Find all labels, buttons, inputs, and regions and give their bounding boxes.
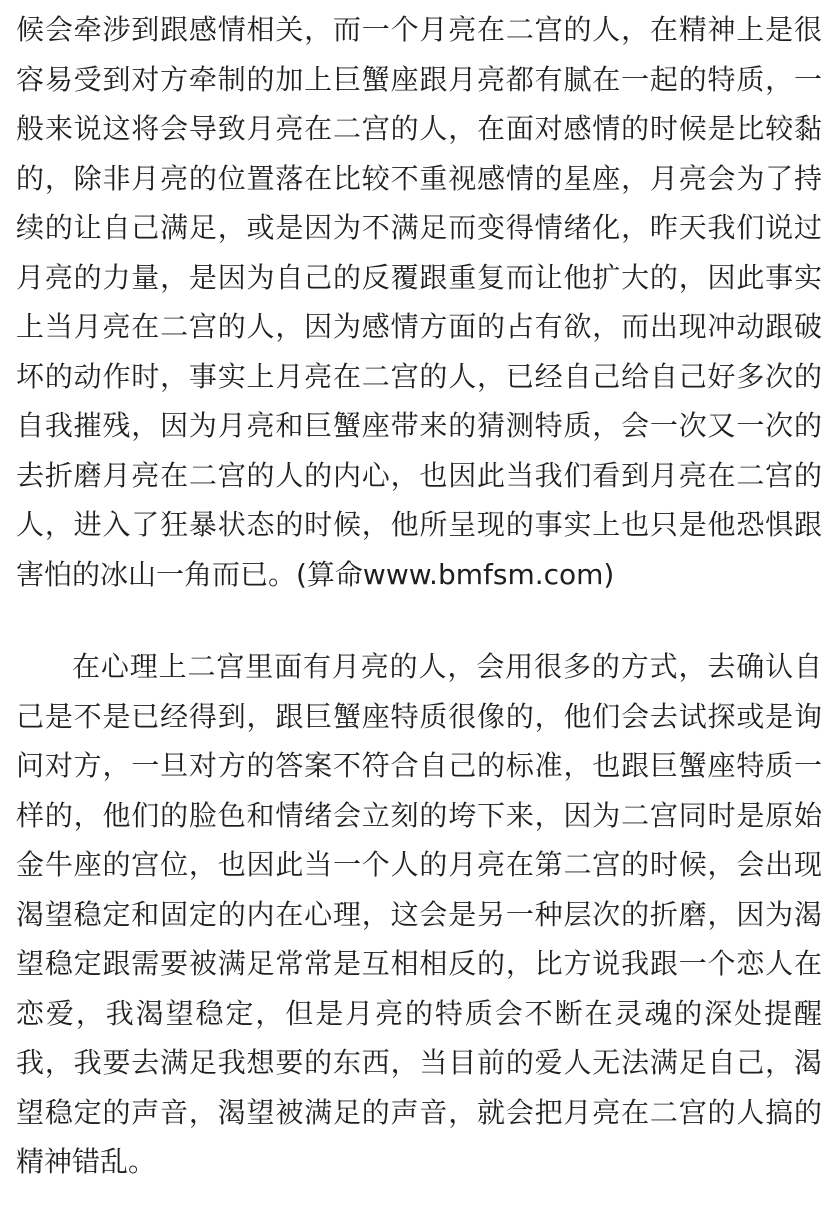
article-body: 候会牵涉到跟感情相关，而一个月亮在二宫的人，在精神上是很容易受到对方牵制的加上巨… (0, 0, 828, 1187)
text-line: 渴望稳定和固定的内在心理，这会是另一种层次的折磨，因为渴 (16, 890, 822, 940)
text-line: 望稳定跟需要被满足常常是互相相反的，比方说我跟一个恋人在 (16, 939, 822, 989)
text-line: 人，进入了狂暴状态的时候，他所呈现的事实上也只是他恐惧跟 (16, 500, 822, 550)
paragraph: 在心理上二宫里面有月亮的人，会用很多的方式，去确认自己是不是已经得到，跟巨蟹座特… (16, 642, 822, 1187)
text-line: 去折磨月亮在二宫的人的内心，也因此当我们看到月亮在二宫的 (16, 451, 822, 501)
text-line: 精神错乱。 (16, 1137, 822, 1187)
text-line: 续的让自己满足，或是因为不满足而变得情绪化，昨天我们说过 (16, 203, 822, 253)
text-line: 望稳定的声音，渴望被满足的声音，就会把月亮在二宫的人搞的 (16, 1088, 822, 1138)
text-line: 坏的动作时，事实上月亮在二宫的人，已经自己给自己好多次的 (16, 352, 822, 402)
text-line: 害怕的冰山一角而已。(算命www.bmfsm.com) (16, 550, 822, 600)
paragraph: 候会牵涉到跟感情相关，而一个月亮在二宫的人，在精神上是很容易受到对方牵制的加上巨… (16, 5, 822, 599)
text-line: 金牛座的宫位，也因此当一个人的月亮在第二宫的时候，会出现 (16, 840, 822, 890)
text-line: 自我摧残，因为月亮和巨蟹座带来的猜测特质，会一次又一次的 (16, 401, 822, 451)
text-line: 问对方，一旦对方的答案不符合自己的标准，也跟巨蟹座特质一 (16, 741, 822, 791)
text-line: 月亮的力量，是因为自己的反覆跟重复而让他扩大的，因此事实 (16, 253, 822, 303)
text-line: 我，我要去满足我想要的东西，当目前的爱人无法满足自己，渴 (16, 1038, 822, 1088)
text-line: 样的，他们的脸色和情绪会立刻的垮下来，因为二宫同时是原始 (16, 791, 822, 841)
text-line: 容易受到对方牵制的加上巨蟹座跟月亮都有腻在一起的特质，一 (16, 55, 822, 105)
text-line: 恋爱，我渴望稳定，但是月亮的特质会不断在灵魂的深处提醒 (16, 989, 822, 1039)
text-line: 己是不是已经得到，跟巨蟹座特质很像的，他们会去试探或是询 (16, 692, 822, 742)
document-page: { "page": { "background_color": "#ffffff… (0, 0, 828, 1206)
text-line: 候会牵涉到跟感情相关，而一个月亮在二宫的人，在精神上是很 (16, 5, 822, 55)
text-line: 上当月亮在二宫的人，因为感情方面的占有欲，而出现冲动跟破 (16, 302, 822, 352)
text-line: 般来说这将会导致月亮在二宫的人，在面对感情的时候是比较黏 (16, 104, 822, 154)
text-line: 在心理上二宫里面有月亮的人，会用很多的方式，去确认自 (16, 642, 822, 692)
text-line: 的，除非月亮的位置落在比较不重视感情的星座，月亮会为了持 (16, 154, 822, 204)
